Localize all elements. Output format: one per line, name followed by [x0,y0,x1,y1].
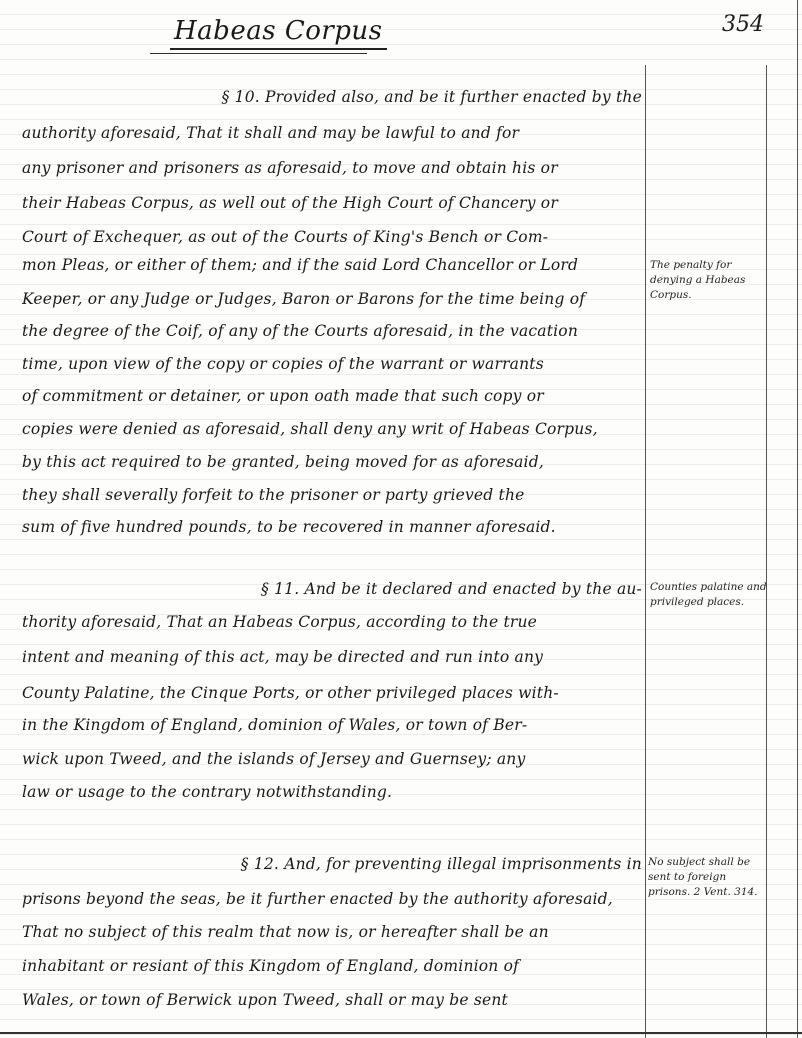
text-line: § 11. And be it declared and enacted by … [22,580,642,598]
page-title: Habeas Corpus [170,16,387,50]
margin-rule-right [766,65,767,1038]
text-line: Court of Exchequer, as out of the Courts… [22,228,642,246]
text-line: their Habeas Corpus, as well out of the … [22,194,642,212]
text-line: law or usage to the contrary notwithstan… [22,783,642,801]
text-line: § 12. And, for preventing illegal impris… [22,855,642,873]
text-line: of commitment or detainer, or upon oath … [22,387,642,405]
text-line: the degree of the Coif, of any of the Co… [22,322,642,340]
bottom-rule [0,1032,802,1034]
text-line: time, upon view of the copy or copies of… [22,355,642,373]
text-line: wick upon Tweed, and the islands of Jers… [22,750,642,768]
text-line: they shall severally forfeit to the pris… [22,486,642,504]
text-line: mon Pleas, or either of them; and if the… [22,256,642,274]
margin-note-foreign-prisons: No subject shall be sent to foreign pris… [648,855,766,900]
text-line: thority aforesaid, That an Habeas Corpus… [22,613,642,631]
text-line: inhabitant or resiant of this Kingdom of… [22,957,642,975]
text-line: Keeper, or any Judge or Judges, Baron or… [22,290,642,308]
text-line: sum of five hundred pounds, to be recove… [22,518,642,536]
page-number: 354 [722,12,764,37]
text-line: County Palatine, the Cinque Ports, or ot… [22,684,642,702]
text-line: § 10. Provided also, and be it further e… [22,88,642,106]
margin-note-counties-palatine: Counties palatine and privileged places. [650,580,768,610]
margin-note-penalty: The penalty for denying a Habeas Corpus. [650,258,768,303]
text-line: That no subject of this realm that now i… [22,923,642,941]
page-edge-rule [797,0,798,1038]
text-line: any prisoner and prisoners as aforesaid,… [22,159,642,177]
margin-rule-left [645,65,646,1038]
text-line: Wales, or town of Berwick upon Tweed, sh… [22,991,642,1009]
manuscript-page: Habeas Corpus 354 § 10. Provided also, a… [0,0,802,1038]
text-line: authority aforesaid, That it shall and m… [22,124,642,142]
text-line: copies were denied as aforesaid, shall d… [22,420,642,438]
text-line: prisons beyond the seas, be it further e… [22,890,642,908]
text-line: in the Kingdom of England, dominion of W… [22,716,642,734]
text-line: intent and meaning of this act, may be d… [22,648,642,666]
text-line: by this act required to be granted, bein… [22,453,642,471]
